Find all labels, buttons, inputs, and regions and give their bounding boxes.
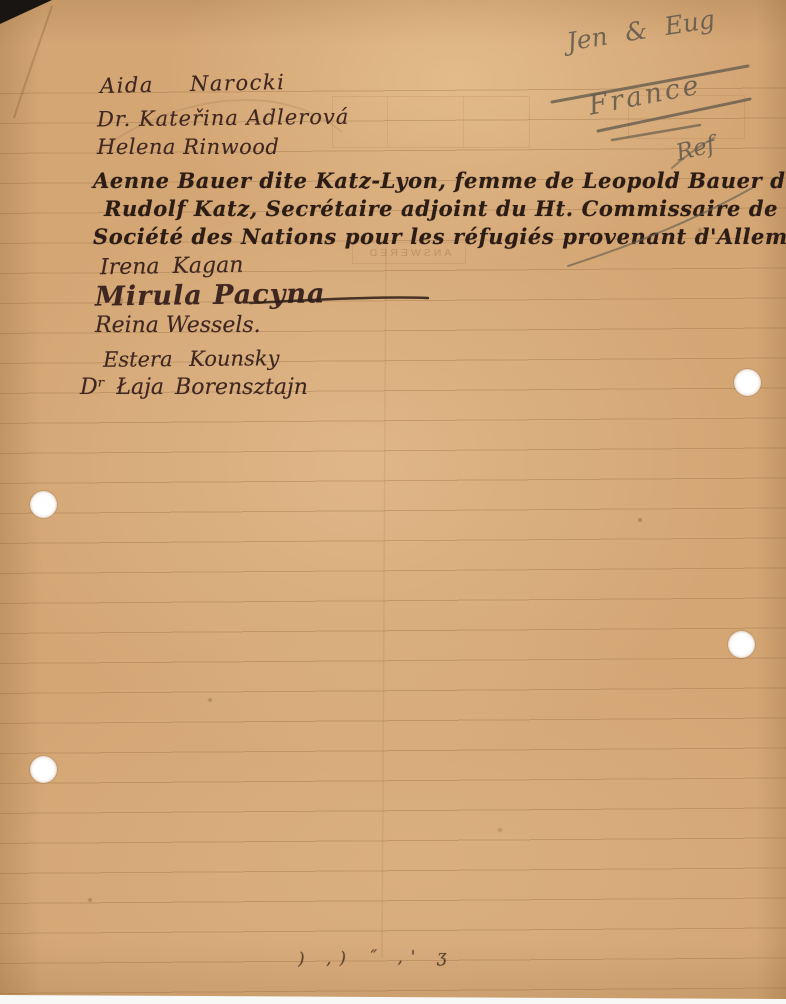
signature-line-7: Estera Kounsky — [103, 346, 280, 372]
ghost-stamp-box — [332, 96, 530, 148]
signature-line-8: Dʳ Łaja Borensztajn — [80, 375, 308, 400]
paragraph-line-3: Société des Nations pour les réfugiés pr… — [93, 224, 786, 249]
signature-line-4: Irena Kagan — [100, 253, 244, 280]
scanned-page: ANSWERED Aida Narocki Dr. Kateřina Adler… — [0, 0, 786, 1004]
faint-ink-marks: ) ,) ˝ ,' ʒ — [298, 947, 455, 970]
punch-hole-right-top — [734, 369, 761, 396]
signature-line-1: Aida Narocki — [100, 70, 286, 98]
ghost-stamp-divider — [387, 97, 388, 147]
paragraph-line-2: Rudolf Katz, Secrétaire adjoint du Ht. C… — [104, 196, 786, 221]
signature-line-6: Reina Wessels. — [95, 313, 261, 338]
paragraph-line-1: Aenne Bauer dite Katz-Lyon, femme de Leo… — [93, 168, 786, 193]
signature-line-3: Helena Rinwood — [97, 135, 279, 159]
signature-line-2: Dr. Kateřina Adlerová — [97, 105, 350, 132]
punch-hole-left-bottom — [30, 756, 57, 783]
punch-hole-right-bottom — [728, 631, 755, 658]
punch-hole-left-top — [30, 491, 57, 518]
signature-line-5: Mirula Pacyna — [95, 278, 326, 312]
ghost-stamp-divider — [463, 97, 464, 147]
